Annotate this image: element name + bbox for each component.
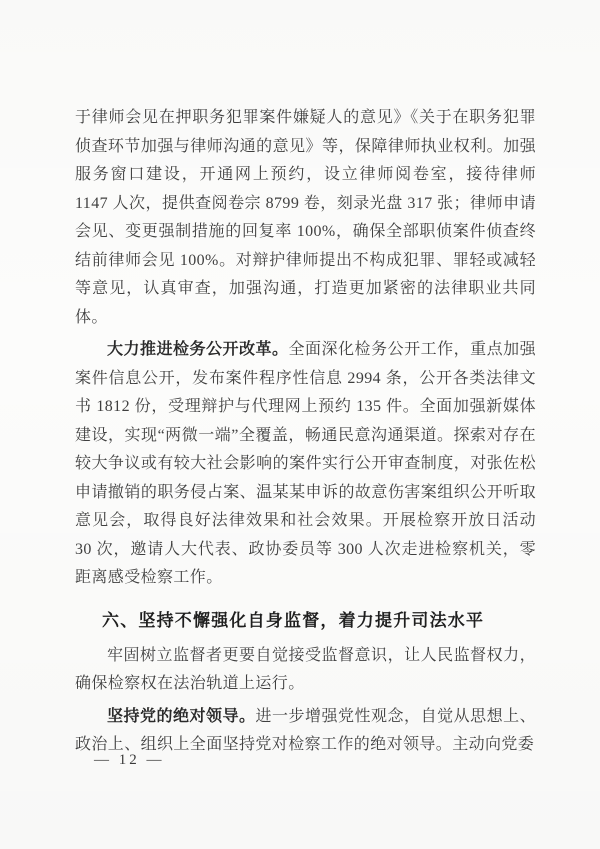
- document-page: 于律师会见在押职务犯罪案件嫌疑人的意见》《关于在职务犯罪侦查环节加强与律师沟通的…: [0, 0, 600, 849]
- paragraph-text: 全面深化检务公开工作，重点加强案件信息公开，发布案件程序性信息 2994 条，公…: [75, 341, 536, 586]
- body-paragraph-lawyer-rights: 于律师会见在押职务犯罪案件嫌疑人的意见》《关于在职务犯罪侦查环节加强与律师沟通的…: [75, 104, 536, 332]
- body-paragraph-self-supervision: 牢固树立监督者更要自觉接受监督意识，让人民监督权力，确保检察权在法治轨道上运行。: [75, 642, 536, 699]
- section-heading-six: 六、坚持不懈强化自身监督，着力提升司法水平: [75, 606, 536, 636]
- paragraph-bold-lead: 坚持党的绝对领导。: [107, 708, 256, 725]
- page-number: — 12 —: [94, 752, 165, 769]
- paragraph-text: 于律师会见在押职务犯罪案件嫌疑人的意见》《关于在职务犯罪侦查环节加强与律师沟通的…: [75, 109, 536, 326]
- page-content: 于律师会见在押职务犯罪案件嫌疑人的意见》《关于在职务犯罪侦查环节加强与律师沟通的…: [75, 104, 536, 760]
- paragraph-text: 牢固树立监督者更要自觉接受监督意识，让人民监督权力，确保检察权在法治轨道上运行。: [75, 647, 536, 693]
- paragraph-bold-lead: 大力推进检务公开改革。: [107, 341, 289, 358]
- body-paragraph-party-leadership: 坚持党的绝对领导。进一步增强党性观念，自觉从思想上、政治上、组织上全面坚持党对检…: [75, 703, 536, 760]
- body-paragraph-procuratorial-openness: 大力推进检务公开改革。全面深化检务公开工作，重点加强案件信息公开，发布案件程序性…: [75, 336, 536, 593]
